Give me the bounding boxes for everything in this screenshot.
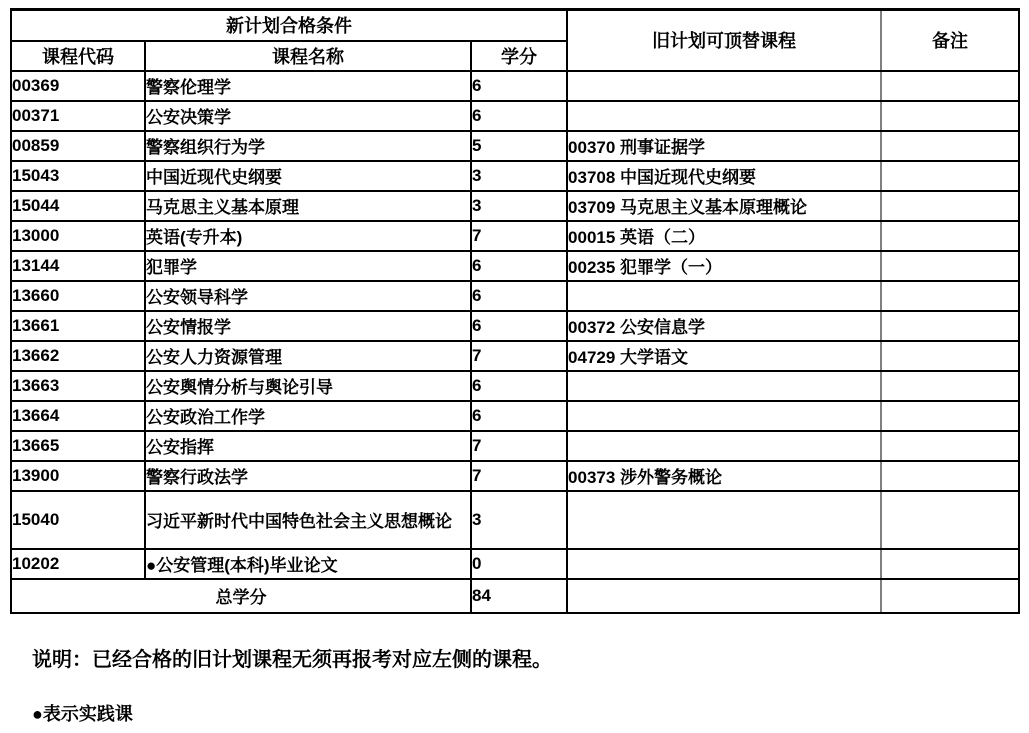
cell-course-name: 公安指挥	[145, 431, 471, 461]
table-row: 00859警察组织行为学500370 刑事证据学	[11, 131, 1019, 161]
cell-course-name: 警察组织行为学	[145, 131, 471, 161]
cell-old-plan-course: 00373 涉外警务概论	[567, 461, 881, 491]
total-label: 总学分	[11, 579, 471, 613]
cell-course-name: 公安人力资源管理	[145, 341, 471, 371]
cell-course-code: 13665	[11, 431, 145, 461]
cell-credits: 6	[471, 251, 567, 281]
cell-course-code: 13662	[11, 341, 145, 371]
cell-course-name: 中国近现代史纲要	[145, 161, 471, 191]
cell-old-plan-course	[567, 71, 881, 101]
cell-remark	[881, 341, 1019, 371]
cell-course-name: 公安舆情分析与舆论引导	[145, 371, 471, 401]
cell-credits: 3	[471, 191, 567, 221]
cell-course-code: 15040	[11, 491, 145, 549]
cell-old-plan-course	[567, 371, 881, 401]
cell-course-name: 英语(专升本)	[145, 221, 471, 251]
cell-remark	[881, 311, 1019, 341]
cell-course-code: 10202	[11, 549, 145, 579]
cell-credits: 0	[471, 549, 567, 579]
cell-credits: 6	[471, 281, 567, 311]
cell-old-plan-course: 03708 中国近现代史纲要	[567, 161, 881, 191]
cell-remark	[881, 131, 1019, 161]
table-row: 13664公安政治工作学6	[11, 401, 1019, 431]
cell-course-code: 15043	[11, 161, 145, 191]
document-page: 新计划合格条件 旧计划可顶替课程 备注 课程代码 课程名称 学分 00369警察…	[0, 0, 1029, 733]
header-row-group: 新计划合格条件 旧计划可顶替课程 备注	[11, 10, 1019, 41]
cell-old-plan-course: 03709 马克思主义基本原理概论	[567, 191, 881, 221]
header-course-name: 课程名称	[145, 41, 471, 71]
total-old-course-cell	[567, 579, 881, 613]
header-old-plan-courses: 旧计划可顶替课程	[567, 10, 881, 71]
cell-remark	[881, 191, 1019, 221]
cell-course-name: 公安领导科学	[145, 281, 471, 311]
cell-course-code: 13664	[11, 401, 145, 431]
cell-remark	[881, 401, 1019, 431]
cell-old-plan-course: 00372 公安信息学	[567, 311, 881, 341]
header-course-code: 课程代码	[11, 41, 145, 71]
cell-remark	[881, 251, 1019, 281]
cell-old-plan-course	[567, 491, 881, 549]
cell-course-name: 犯罪学	[145, 251, 471, 281]
header-new-plan-group: 新计划合格条件	[11, 10, 567, 41]
cell-course-name: 公安情报学	[145, 311, 471, 341]
table-row: 13660公安领导科学6	[11, 281, 1019, 311]
cell-old-plan-course: 00235 犯罪学（一）	[567, 251, 881, 281]
cell-remark	[881, 101, 1019, 131]
cell-credits: 6	[471, 401, 567, 431]
course-equivalency-table: 新计划合格条件 旧计划可顶替课程 备注 课程代码 课程名称 学分 00369警察…	[10, 8, 1020, 614]
cell-remark	[881, 371, 1019, 401]
cell-course-code: 13661	[11, 311, 145, 341]
cell-course-name: 习近平新时代中国特色社会主义思想概论	[145, 491, 471, 549]
cell-old-plan-course	[567, 281, 881, 311]
cell-old-plan-course	[567, 401, 881, 431]
cell-course-code: 00369	[11, 71, 145, 101]
table-row: 10202●公安管理(本科)毕业论文0	[11, 549, 1019, 579]
cell-old-plan-course	[567, 101, 881, 131]
cell-course-code: 00371	[11, 101, 145, 131]
table-row: 13662公安人力资源管理704729 大学语文	[11, 341, 1019, 371]
cell-remark	[881, 491, 1019, 549]
total-credits-row: 总学分 84	[11, 579, 1019, 613]
cell-credits: 7	[471, 461, 567, 491]
total-credits-value: 84	[471, 579, 567, 613]
cell-credits: 7	[471, 341, 567, 371]
table-row: 13661公安情报学600372 公安信息学	[11, 311, 1019, 341]
explanation-note: 说明：已经合格的旧计划课程无须再报考对应左侧的课程。	[32, 643, 552, 672]
cell-credits: 6	[471, 371, 567, 401]
cell-old-plan-course	[567, 549, 881, 579]
cell-remark	[881, 431, 1019, 461]
table-row: 00369警察伦理学6	[11, 71, 1019, 101]
cell-course-code: 13660	[11, 281, 145, 311]
cell-course-code: 00859	[11, 131, 145, 161]
table-row: 15040习近平新时代中国特色社会主义思想概论3	[11, 491, 1019, 549]
cell-course-name: 警察伦理学	[145, 71, 471, 101]
cell-remark	[881, 161, 1019, 191]
header-credits: 学分	[471, 41, 567, 71]
cell-remark	[881, 221, 1019, 251]
table-row: 13144犯罪学600235 犯罪学（一）	[11, 251, 1019, 281]
table-row: 13900警察行政法学700373 涉外警务概论	[11, 461, 1019, 491]
cell-course-name: 公安决策学	[145, 101, 471, 131]
cell-course-name: 马克思主义基本原理	[145, 191, 471, 221]
table-row: 15044马克思主义基本原理303709 马克思主义基本原理概论	[11, 191, 1019, 221]
cell-remark	[881, 461, 1019, 491]
cell-credits: 3	[471, 161, 567, 191]
cell-course-name: ●公安管理(本科)毕业论文	[145, 549, 471, 579]
cell-credits: 6	[471, 71, 567, 101]
cell-course-name: 公安政治工作学	[145, 401, 471, 431]
cell-credits: 6	[471, 311, 567, 341]
cell-remark	[881, 549, 1019, 579]
cell-course-code: 13663	[11, 371, 145, 401]
cell-course-code: 13144	[11, 251, 145, 281]
table-row: 13665公安指挥7	[11, 431, 1019, 461]
table-row: 15043中国近现代史纲要303708 中国近现代史纲要	[11, 161, 1019, 191]
cell-credits: 7	[471, 221, 567, 251]
cell-old-plan-course: 00370 刑事证据学	[567, 131, 881, 161]
cell-old-plan-course	[567, 431, 881, 461]
cell-course-name: 警察行政法学	[145, 461, 471, 491]
cell-course-code: 13000	[11, 221, 145, 251]
cell-credits: 7	[471, 431, 567, 461]
cell-old-plan-course: 04729 大学语文	[567, 341, 881, 371]
cell-course-code: 13900	[11, 461, 145, 491]
table-row: 00371公安决策学6	[11, 101, 1019, 131]
cell-credits: 3	[471, 491, 567, 549]
cell-credits: 6	[471, 101, 567, 131]
practice-course-legend: ●表示实践课	[32, 700, 133, 726]
cell-credits: 5	[471, 131, 567, 161]
cell-course-code: 15044	[11, 191, 145, 221]
table-row: 13663公安舆情分析与舆论引导6	[11, 371, 1019, 401]
cell-remark	[881, 281, 1019, 311]
table-row: 13000英语(专升本)700015 英语（二）	[11, 221, 1019, 251]
cell-remark	[881, 71, 1019, 101]
total-remark-cell	[881, 579, 1019, 613]
header-remarks: 备注	[881, 10, 1019, 71]
cell-old-plan-course: 00015 英语（二）	[567, 221, 881, 251]
